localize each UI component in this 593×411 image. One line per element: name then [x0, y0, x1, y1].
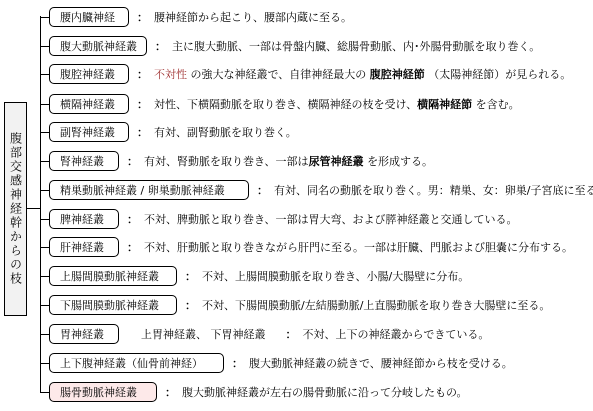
branch-description: 腰神経節から起こり、腰部内蔵に至る。 [154, 9, 352, 25]
branch-subdivisions: 上胃神経叢、 下胃神経叢 [141, 326, 266, 342]
separator: ： [137, 96, 148, 112]
separator: ： [286, 326, 297, 342]
branch-name: 腸骨動脈神経叢 [60, 384, 137, 400]
separator: ： [127, 211, 138, 227]
branch-connector [40, 392, 49, 393]
branch-node: 腎神経叢 [49, 151, 119, 171]
branch-name: 胃神経叢 [60, 326, 104, 342]
branch-name: 肝神経叢 [60, 239, 104, 255]
branch-name: 上下腹神経叢（仙骨前神経） [60, 355, 203, 371]
branch-connector [40, 219, 49, 220]
branch-connector [40, 74, 49, 75]
branch-name: 上腸間膜動脈神経叢 [60, 268, 159, 284]
branch-connector [40, 161, 49, 162]
description-text: を含む。 [476, 98, 520, 111]
description-text: を形成する。 [367, 155, 433, 168]
branch-connector [40, 363, 49, 364]
emphasis-bold-text: 横隔神経節 [417, 98, 472, 111]
branch-row-abdominal-aortic-plexus: 腹大動脈神経叢 ： 主に腹大動脈、一部は骨盤内臓、総腸骨動脈、内･外腸骨動脈を取… [40, 34, 540, 58]
branch-connector [40, 305, 49, 306]
branch-name: 腹大動脈神経叢 [60, 38, 137, 54]
branch-name: 横隔神経叢 [60, 96, 115, 112]
branch-description: 不対、脾動脈と取り巻き、一部は胃大弯、および膵神経叢と交通している。 [144, 211, 518, 227]
branch-connector [40, 334, 49, 335]
branch-row-celiac-plexus: 腹腔神経叢 ： 不対性 の強大な神経叢で、自律神経最大の 腹腔神経節 （太陽神経… [40, 62, 571, 86]
branch-connector [40, 132, 49, 133]
branch-row-superior-hypogastric-plexus: 上下腹神経叢（仙骨前神経） ： 腹大動脈神経叢の続きで、腰神経節から枝を受ける。 [40, 351, 513, 375]
branch-name: 脾神経叢 [60, 211, 104, 227]
branch-node: 腹腔神経叢 [49, 64, 129, 84]
branch-name: 腎神経叢 [60, 153, 104, 169]
root-node-box: 腹部交感神経幹からの枝 [4, 102, 27, 316]
branch-description: 有対、副腎動脈を取り巻く。 [154, 124, 297, 140]
branch-connector [40, 46, 49, 47]
branch-description: 有対、腎動脈を取り巻き、一部は尿管神経叢 を形成する。 [144, 153, 433, 169]
separator: ： [185, 297, 196, 313]
branch-row-suprarenal-plexus: 副腎神経叢 ： 有対、副腎動脈を取り巻く。 [40, 120, 297, 144]
description-text: 対性、下横隔動脈を取り巻き、横隔神経の枝を受け、 [154, 98, 417, 111]
separator: ： [137, 124, 148, 140]
branch-node: 副腎神経叢 [49, 122, 129, 142]
branch-node: 胃神経叢 [49, 324, 119, 344]
branch-name: 腰内臓神経 [60, 9, 115, 25]
separator: ： [127, 153, 138, 169]
branch-row-gastric-plexus: 胃神経叢 上胃神経叢、 下胃神経叢 ： 不対、上下の神経叢からできている。 [40, 322, 489, 346]
emphasis-bold-text: 尿管神経叢 [309, 155, 364, 168]
branch-row-iliac-plexus: 腸骨動脈神経叢 ： 腹大動脈神経叢が左右の腸骨動脈に沿って分岐したもの。 [40, 380, 468, 404]
branch-name: 下腸間膜動脈神経叢 [60, 297, 159, 313]
branch-row-splenic-plexus: 脾神経叢 ： 不対、脾動脈と取り巻き、一部は胃大弯、および膵神経叢と交通している… [40, 207, 518, 231]
branch-connector [40, 17, 49, 18]
branch-node: 横隔神経叢 [49, 94, 129, 114]
branch-node: 腹大動脈神経叢 [49, 36, 147, 56]
branch-description: 有対、同名の動脈を取り巻く。男：精巣、女：卵巣/子宮底に至る。 [274, 182, 593, 198]
separator: ： [137, 66, 148, 82]
branch-description: 不対性 の強大な神経叢で、自律神経最大の 腹腔神経節 （太陽神経節）が見られる。 [154, 66, 571, 82]
branch-node: 肝神経叢 [49, 237, 119, 257]
branch-row-hepatic-plexus: 肝神経叢 ： 不対、肝動脈と取り巻きながら肝門に至る。一部は肝臓、門脈および胆嚢… [40, 235, 573, 259]
branch-description: 腹大動脈神経叢が左右の腸骨動脈に沿って分岐したもの。 [182, 384, 468, 400]
separator: ： [127, 239, 138, 255]
branch-node: 上腸間膜動脈神経叢 [49, 266, 177, 286]
separator: ： [185, 268, 196, 284]
description-text: （太陽神経節）が見られる。 [428, 68, 571, 81]
branch-description: 不対、下腸間膜動脈/左結腸動脈/上直腸動脈を取り巻き大腸壁に至る。 [202, 297, 550, 313]
branch-connector [40, 276, 49, 277]
root-connector-line [27, 208, 40, 209]
branch-row-renal-plexus: 腎神経叢 ： 有対、腎動脈を取り巻き、一部は尿管神経叢 を形成する。 [40, 149, 433, 173]
branch-node-highlighted: 腸骨動脈神経叢 [49, 382, 157, 402]
branch-node: 精巣動脈神経叢 / 卵巣動脈神経叢 [49, 180, 249, 200]
branch-node: 脾神経叢 [49, 209, 119, 229]
branch-description: 腹大動脈神経叢の続きで、腰神経節から枝を受ける。 [249, 355, 513, 371]
branch-row-superior-mesenteric-plexus: 上腸間膜動脈神経叢 ： 不対、上腸間膜動脈を取り巻き、小腸/大腸壁に分布。 [40, 264, 469, 288]
branch-name: 副腎神経叢 [60, 124, 115, 140]
emphasis-bold-text: 腹腔神経節 [370, 68, 425, 81]
branch-description: 不対、上腸間膜動脈を取り巻き、小腸/大腸壁に分布。 [202, 268, 469, 284]
branch-description: 不対、上下の神経叢からできている。 [303, 326, 490, 342]
branch-description: 主に腹大動脈、一部は骨盤内臓、総腸骨動脈、内･外腸骨動脈を取り巻く。 [172, 38, 540, 54]
branch-description: 対性、下横隔動脈を取り巻き、横隔神経の枝を受け、横隔神経節 を含む。 [154, 96, 520, 112]
branch-node: 上下腹神経叢（仙骨前神経） [49, 353, 224, 373]
root-node-label: 腹部交感神経幹からの枝 [10, 132, 22, 286]
emphasis-red-text: 不対性 [154, 68, 187, 81]
branch-description: 不対、肝動脈と取り巻きながら肝門に至る。一部は肝臓、門脈および胆嚢に分布する。 [144, 239, 573, 255]
branch-connector [40, 104, 49, 105]
separator: ： [232, 355, 243, 371]
branch-node: 下腸間膜動脈神経叢 [49, 295, 177, 315]
branch-connector [40, 190, 49, 191]
separator: ： [137, 9, 148, 25]
description-text: 有対、腎動脈を取り巻き、一部は [144, 155, 309, 168]
branch-row-phrenic-plexus: 横隔神経叢 ： 対性、下横隔動脈を取り巻き、横隔神経の枝を受け、横隔神経節 を含… [40, 92, 520, 116]
separator: ： [165, 384, 176, 400]
description-text: の強大な神経叢で、自律神経最大の [191, 68, 367, 81]
branch-name: 精巣動脈神経叢 / 卵巣動脈神経叢 [60, 182, 225, 198]
branch-row-inferior-mesenteric-plexus: 下腸間膜動脈神経叢 ： 不対、下腸間膜動脈/左結腸動脈/上直腸動脈を取り巻き大腸… [40, 293, 550, 317]
branch-row-lumbar-splanchnic: 腰内臓神経 ： 腰神経節から起こり、腰部内蔵に至る。 [40, 5, 352, 29]
branch-connector [40, 247, 49, 248]
branch-row-gonadal-plexus: 精巣動脈神経叢 / 卵巣動脈神経叢 ： 有対、同名の動脈を取り巻く。男：精巣、女… [40, 178, 593, 202]
branch-name: 腹腔神経叢 [60, 66, 115, 82]
branch-node: 腰内臓神経 [49, 7, 129, 27]
separator: ： [155, 38, 166, 54]
separator: ： [257, 182, 268, 198]
